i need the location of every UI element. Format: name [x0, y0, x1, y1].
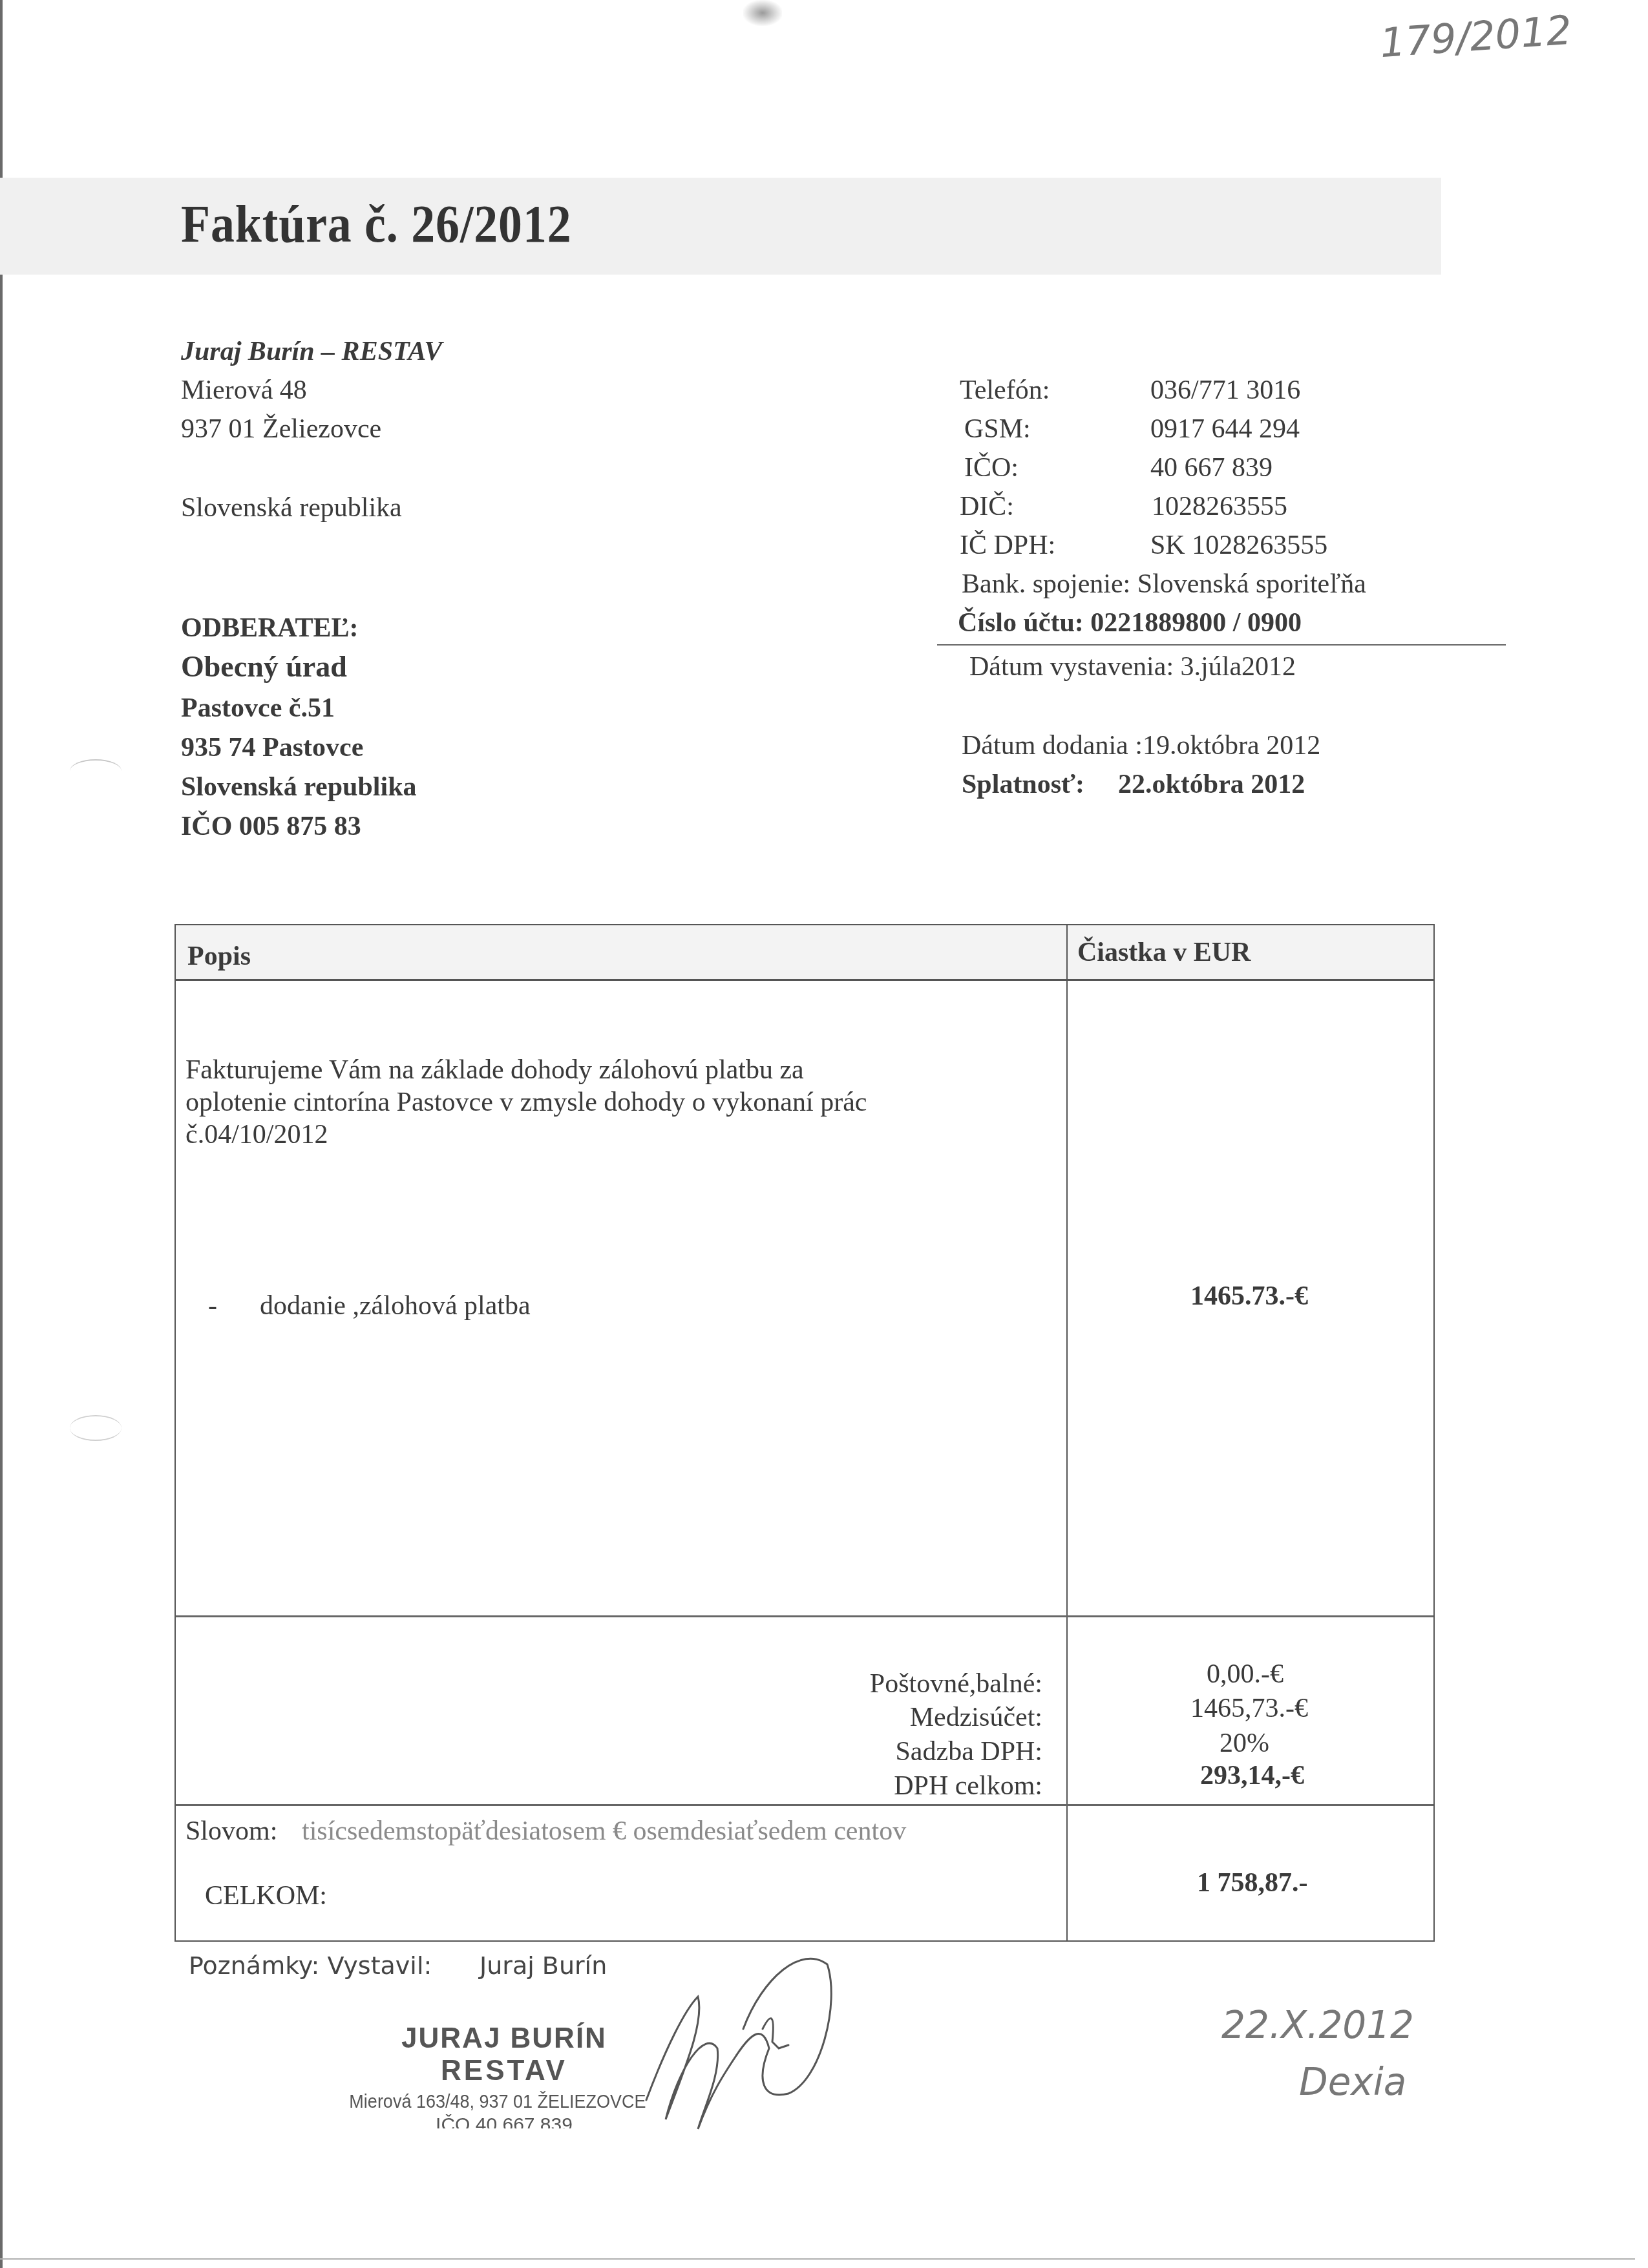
summary-value: 293,14,-€	[1200, 1760, 1304, 1791]
summary-value: 1465,73.-€	[1190, 1693, 1308, 1724]
summary-value: 0,00.-€	[1207, 1659, 1284, 1690]
detail-value: 1028263555	[1152, 491, 1287, 522]
issue-date: Dátum vystavenia: 3.júla2012	[969, 651, 1296, 682]
scan-edge	[0, 0, 3, 2268]
customer-ico: IČO 005 875 83	[181, 811, 361, 842]
intro-line: oplotenie cintorína Pastovce v zmysle do…	[185, 1087, 867, 1118]
stamp-line2: RESTAV	[375, 2055, 633, 2087]
detail-label: IČ DPH:	[960, 530, 1055, 561]
column-divider	[1066, 925, 1068, 1940]
row-separator	[176, 1615, 1433, 1617]
intro-line: Fakturujeme Vám na základe dohody záloho…	[185, 1055, 804, 1086]
notes-label: Poznámky: Vystavil:	[189, 1951, 432, 1980]
handwritten-received-date: 22.X.2012	[1221, 2003, 1414, 2047]
due-date-label: Splatnosť:	[962, 769, 1084, 800]
scan-smudge	[743, 0, 782, 26]
summary-label: Sadzba DPH:	[896, 1736, 1042, 1767]
intro-line: č.04/10/2012	[185, 1119, 328, 1150]
customer-name: Obecný úrad	[181, 649, 347, 684]
detail-label: Telefón:	[960, 375, 1050, 406]
customer-city: 935 74 Pastovce	[181, 732, 363, 763]
issued-by: Juraj Burín	[480, 1951, 607, 1980]
supplier-street: Mierová 48	[181, 375, 307, 406]
punch-hole-bottom	[70, 1415, 121, 1441]
supplier-country: Slovenská republika	[181, 492, 402, 523]
header-description: Popis	[187, 941, 251, 972]
bank-account: Číslo účtu: 0221889800 / 0900	[958, 607, 1302, 638]
punch-hole-top	[70, 759, 121, 782]
header-amount: Čiastka v EUR	[1077, 937, 1251, 968]
total-value: 1 758,87.-	[1197, 1867, 1308, 1898]
scan-bottom-edge	[0, 2258, 1635, 2260]
item-bullet: -	[208, 1290, 217, 1321]
item-amount: 1465.73.-€	[1190, 1281, 1308, 1312]
handwritten-reference-number: 179/2012	[1379, 6, 1573, 67]
stamp-line4: IČO 40 667 839	[375, 2114, 633, 2128]
in-words-label: Slovom:	[185, 1816, 277, 1847]
detail-value: SK 1028263555	[1150, 530, 1327, 561]
customer-heading: ODBERATEĽ:	[181, 613, 359, 644]
supplier-city: 937 01 Želiezovce	[181, 414, 381, 445]
summary-label: Medzisúčet:	[910, 1702, 1042, 1733]
detail-value: 036/771 3016	[1150, 375, 1300, 406]
summary-label: DPH celkom:	[894, 1770, 1042, 1801]
detail-label: IČO:	[964, 452, 1019, 483]
signature	[607, 1951, 905, 2158]
supplier-name: Juraj Burín – RESTAV	[181, 336, 442, 367]
detail-label: DIČ:	[960, 491, 1014, 522]
summary-value: 20%	[1220, 1728, 1269, 1759]
detail-value: 40 667 839	[1150, 452, 1273, 483]
total-label: CELKOM:	[205, 1880, 327, 1911]
delivery-date: Dátum dodania :19.októbra 2012	[962, 730, 1320, 761]
detail-value: 0917 644 294	[1150, 414, 1300, 445]
customer-street: Pastovce č.51	[181, 693, 335, 724]
invoice-table: Popis Čiastka v EUR Fakturujeme Vám na z…	[174, 924, 1435, 1942]
summary-label: Poštovné,balné:	[870, 1668, 1042, 1699]
invoice-title: Faktúra č. 26/2012	[181, 194, 572, 255]
item-description: dodanie ,zálohová platba	[260, 1290, 531, 1321]
due-date-value: 22.októbra 2012	[1118, 769, 1305, 800]
handwritten-note: Dexia	[1299, 2060, 1406, 2104]
in-words-value: tisícsedemstopäťdesiatosem € osemdesiaťs…	[302, 1816, 906, 1847]
bank-connection: Bank. spojenie: Slovenská sporiteľňa	[962, 569, 1366, 600]
divider-line	[937, 644, 1506, 646]
stamp-line1: JURAJ BURÍN	[375, 2022, 633, 2055]
row-separator	[176, 1804, 1433, 1806]
detail-label: GSM:	[964, 414, 1031, 445]
customer-country: Slovenská republika	[181, 772, 417, 803]
